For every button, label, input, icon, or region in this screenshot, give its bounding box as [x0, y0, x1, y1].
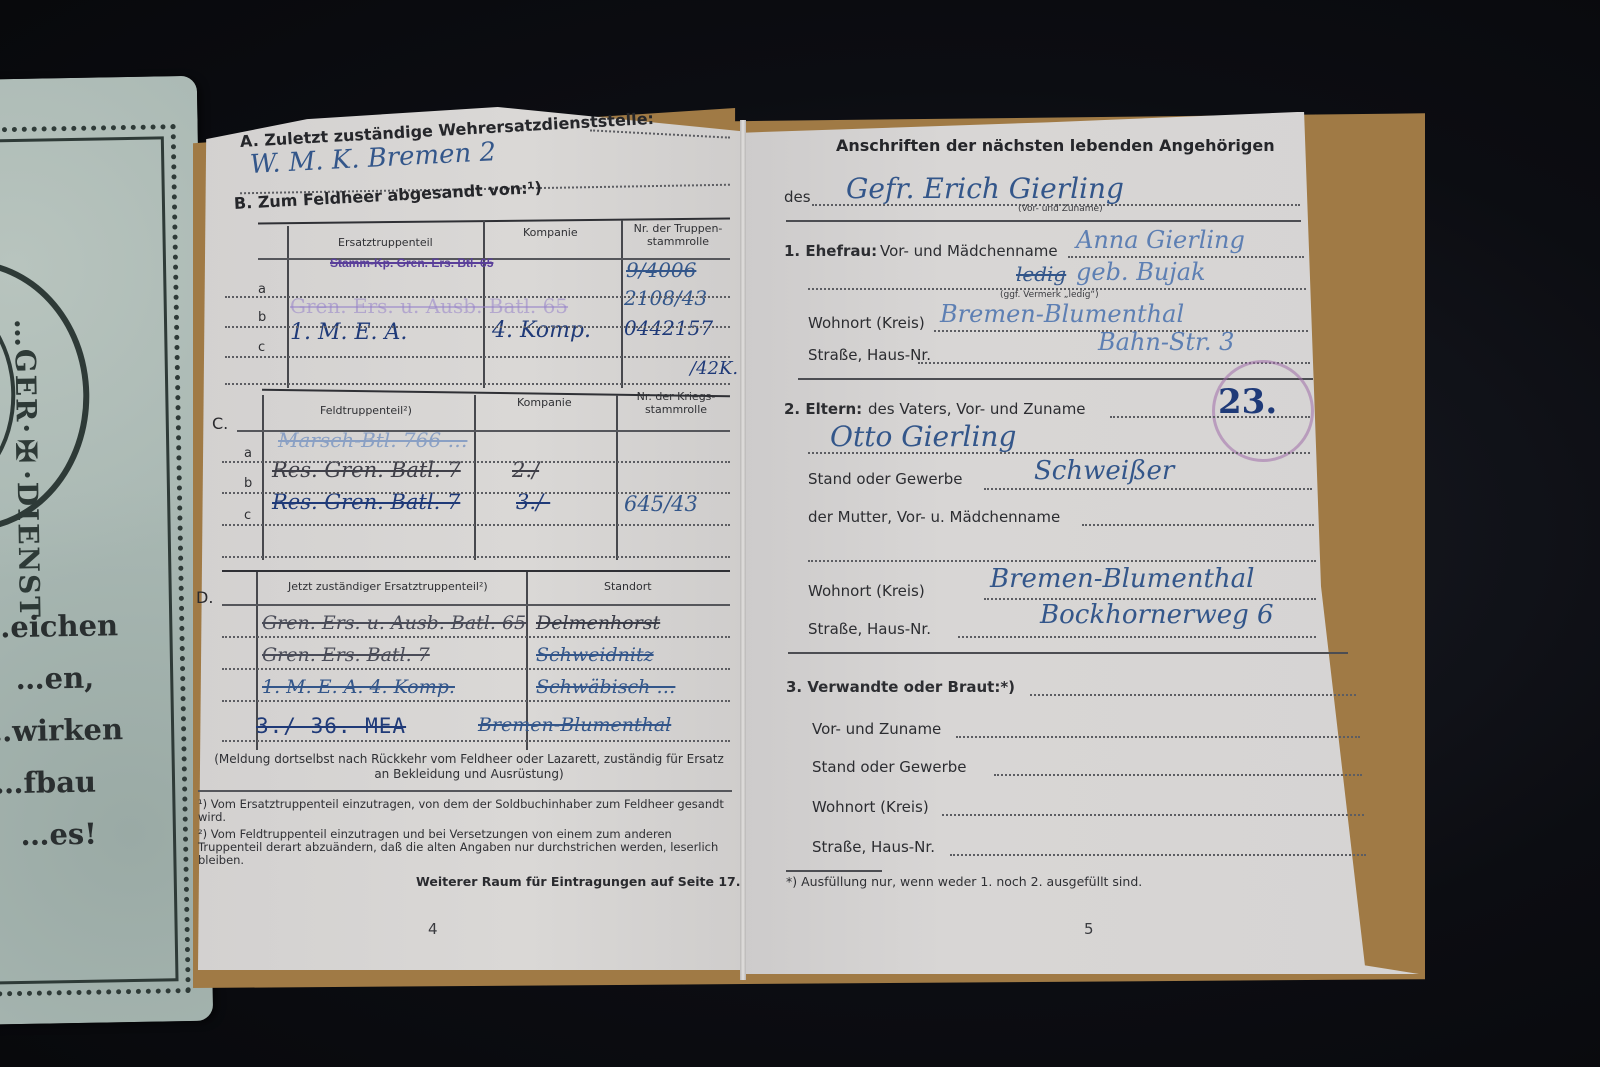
col-nr-kriegsstammrolle: Nr. der Kriegs-stammrolle: [626, 390, 726, 416]
row-letter: c: [244, 508, 251, 523]
dotted-line: [225, 296, 730, 298]
ehefrau-wohnort-label: Wohnort (Kreis): [808, 314, 925, 332]
dotted-line: [1030, 694, 1356, 696]
col-standort: Standort: [604, 580, 652, 593]
ehefrau-strasse-label: Straße, Haus-Nr.: [808, 346, 931, 364]
ehefrau-name: Anna Gierling: [1076, 226, 1245, 254]
verwandte-name-label: Vor- und Zuname: [812, 720, 941, 738]
rule: [786, 870, 882, 872]
eltern-wohnort-label: Wohnort (Kreis): [808, 582, 925, 600]
dotted-line: [1110, 416, 1310, 418]
page-5-footnote: *) Ausfüllung nur, wenn weder 1. noch 2.…: [786, 874, 1142, 889]
row-letter: c: [258, 340, 265, 355]
continuation-note: Weiterer Raum für Eintragungen auf Seite…: [416, 874, 740, 889]
eltern-wohnort: Bremen-Blumenthal: [990, 564, 1254, 594]
motto-line: …wirken: [0, 704, 96, 758]
col-feldtruppenteil: Feldtruppenteil²): [320, 404, 412, 417]
row-letter: b: [258, 310, 266, 325]
c-row-a-unit: Marsch-Btl. 766 …: [278, 428, 467, 452]
col-divider: [621, 220, 623, 388]
ehefrau-maiden-name: geb. Bujak: [1076, 258, 1206, 286]
ehefrau-label: 1. Ehefrau:: [784, 242, 877, 260]
des-label: des: [784, 188, 811, 206]
b-row-c-unit: 1. M. E. A.: [290, 320, 407, 345]
col-divider: [474, 395, 476, 560]
dotted-line: [222, 524, 730, 526]
d-row-3-unit: 1. M. E. A. 4. Komp.: [262, 676, 455, 698]
dotted-line: [812, 204, 1300, 206]
dotted-line: [984, 488, 1312, 490]
d-row-1-unit: Gren. Ers. u. Ausb. Batl. 65: [262, 612, 526, 634]
row-letter: b: [244, 476, 252, 491]
rule: [222, 604, 730, 606]
dotted-line: [994, 774, 1362, 776]
dotted-line: [222, 740, 730, 742]
verwandte-label: 3. Verwandte oder Braut:*): [786, 678, 1015, 696]
eltern-label: 2. Eltern:: [784, 400, 862, 418]
section-d-note: (Meldung dortselbst nach Rückkehr vom Fe…: [206, 752, 732, 782]
dotted-line: [222, 556, 730, 558]
dotted-line: [950, 854, 1366, 856]
d-row-2-standort: Schweidnitz: [536, 644, 654, 666]
dotted-line: [956, 736, 1360, 738]
book-spine: [740, 120, 746, 980]
eltern-strasse: Bockhornerweg 6: [1040, 600, 1274, 630]
ledig-caption: (ggf. Vermerk „ledig“): [1000, 290, 1099, 300]
col-jetzt-ersatztruppenteil: Jetzt zuständiger Ersatztruppenteil²): [288, 580, 488, 593]
dotted-line: [222, 492, 730, 494]
row-letter: a: [258, 282, 266, 297]
col-nr-truppenstammrolle: Nr. der Truppen-stammrolle: [628, 222, 728, 248]
section-d-label: D.: [196, 588, 213, 607]
d-row-1-standort: Delmenhorst: [536, 612, 660, 634]
col-kompanie-c: Kompanie: [517, 396, 572, 409]
dotted-line: [222, 668, 730, 670]
verwandte-strasse-label: Straße, Haus-Nr.: [812, 838, 935, 856]
rule: [788, 652, 1348, 654]
page-number-5: 5: [1084, 920, 1094, 938]
dotted-line: [808, 452, 1310, 454]
footnote-2: ²) Vom Feldtruppenteil einzutragen und b…: [198, 828, 732, 867]
ehefrau-name-label: Vor- und Mädchenname: [880, 242, 1058, 260]
rule: [222, 570, 730, 572]
dotted-line: [222, 461, 730, 463]
motto-line: …es!: [0, 808, 97, 862]
dotted-line: [1082, 524, 1314, 526]
ehefrau-wohnort: Bremen-Blumenthal: [940, 300, 1184, 328]
b-row-extra-nr: /42K.: [690, 358, 738, 379]
c-row-c-nr: 645/43: [624, 492, 698, 516]
page-5-title: Anschriften der nächsten lebenden Angehö…: [836, 136, 1275, 155]
mutter-label: der Mutter, Vor- u. Mädchenname: [808, 508, 1060, 526]
soldier-name: Gefr. Erich Gierling: [846, 172, 1124, 205]
ehefrau-ledig-struck: ledig: [1016, 262, 1066, 286]
motto-line: …eichen: [0, 600, 94, 654]
motto-line: …fbau: [0, 756, 96, 810]
dotted-line: [225, 383, 730, 385]
cover-motto: …eichen …en, …wirken …fbau …es!: [0, 600, 97, 862]
col-divider: [616, 395, 618, 560]
dotted-line: [942, 814, 1364, 816]
b-row-a-unit-stamp: Stamm-Kp. Gren. Ers. Btl. 65: [330, 256, 493, 270]
vater-label: des Vaters, Vor- und Zuname: [868, 400, 1086, 418]
d-row-3-standort: Schwäbisch …: [536, 676, 675, 698]
eltern-strasse-label: Straße, Haus-Nr.: [808, 620, 931, 638]
vater-stand: Schweißer: [1034, 456, 1174, 486]
col-ersatztruppenteil: Ersatztruppenteil: [338, 236, 433, 249]
footnote-1: ¹) Vom Ersatztruppenteil einzutragen, vo…: [198, 798, 732, 824]
vater-name: Otto Gierling: [830, 420, 1016, 453]
verwandte-wohnort-label: Wohnort (Kreis): [812, 798, 929, 816]
col-divider: [287, 226, 289, 388]
row-letter: a: [244, 446, 252, 461]
dotted-line: [808, 560, 1316, 562]
b-row-a-nr: 9/4006: [626, 258, 696, 282]
motto-line: …en,: [0, 652, 95, 706]
d-row-2-unit: Gren. Ers. Batl. 7: [262, 644, 430, 666]
dotted-line: [958, 636, 1316, 638]
col-kompanie: Kompanie: [523, 226, 578, 239]
dotted-line: [222, 636, 730, 638]
rule: [786, 220, 1301, 222]
d-row-4-standort: Bremen-Blumenthal: [478, 714, 671, 736]
col-divider: [262, 395, 264, 560]
rule: [198, 790, 732, 792]
cover-seal-text: …GER·✠·DIENST: [8, 319, 46, 620]
b-row-c-nr: 0442157: [624, 316, 713, 340]
section-c-label: C.: [212, 414, 228, 433]
b-row-c-kompanie: 4. Komp.: [492, 318, 591, 343]
dotted-line: [225, 326, 730, 328]
dotted-line: [222, 700, 730, 702]
ehefrau-strasse: Bahn-Str. 3: [1098, 328, 1234, 356]
verwandte-stand-label: Stand oder Gewerbe: [812, 758, 967, 776]
soldbuch-cover: …GER·✠·DIENST …eichen …en, …wirken …fbau…: [0, 76, 213, 1025]
b-row-b-nr: 2108/43: [624, 286, 707, 310]
dotted-line: [225, 356, 730, 358]
page-number-4: 4: [428, 920, 438, 938]
vater-stand-label: Stand oder Gewerbe: [808, 470, 963, 488]
d-row-4-unit: 3./ 36. MEA: [256, 714, 406, 738]
